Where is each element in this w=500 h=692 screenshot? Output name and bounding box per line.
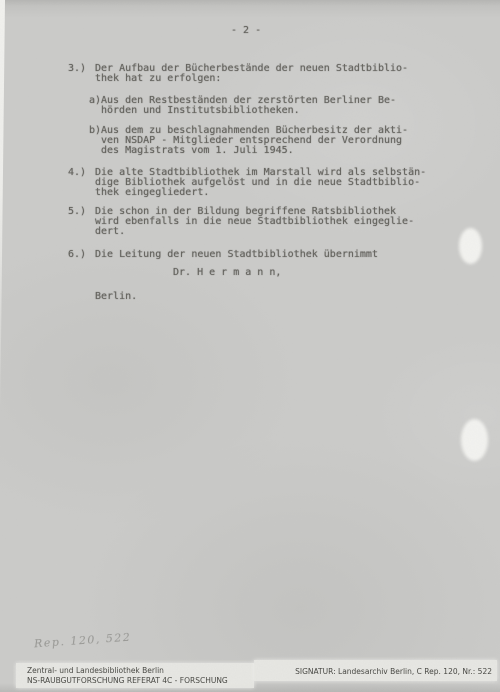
entry-text: Der Aufbau der Bücherbestände der neuen … <box>95 64 408 84</box>
entry-marker: 4.) <box>68 168 95 198</box>
signatur-stamp: SIGNATUR: Landesarchiv Berlin, C Rep. 12… <box>254 660 497 681</box>
punch-hole-bottom <box>461 419 488 461</box>
page-number: - 2 - <box>231 26 468 36</box>
list-entry-4: 4.) Die alte Stadtbibliothek im Marstall… <box>68 168 468 198</box>
punch-hole-top <box>459 228 482 264</box>
stamp-line: Zentral- und Landesbibliothek Berlin <box>27 666 254 676</box>
entry-marker: 3.) <box>68 64 95 84</box>
handwritten-archive-note: Rep. 120, 522 <box>34 631 132 651</box>
library-provenance-stamp: Zentral- und Landesbibliothek Berlin NS-… <box>16 663 254 688</box>
signature-place: Berlin. <box>95 292 468 302</box>
scanned-document-page: - 2 - 3.) Der Aufbau der Bücherbestände … <box>0 0 500 692</box>
signature-name: Dr. H e r m a n n, <box>173 268 468 278</box>
entry-marker: a) <box>89 96 101 116</box>
entry-text: Aus den Restbeständen der zerstörten Ber… <box>101 96 396 116</box>
list-entry-3a: a) Aus den Restbeständen der zerstörten … <box>89 96 468 116</box>
list-entry-3: 3.) Der Aufbau der Bücherbestände der ne… <box>68 64 468 84</box>
entry-text: Aus dem zu beschlagnahmenden Bücherbesit… <box>101 126 408 156</box>
typed-line: hörden und Institutsbibliotheken. <box>101 106 396 116</box>
entry-text: Die Leitung der neuen Stadtbibliothek üb… <box>95 250 378 260</box>
stamp-line: NS-RAUBGUTFORSCHUNG REFERAT 4C - FORSCHU… <box>27 676 254 686</box>
entry-marker: 5.) <box>68 207 95 237</box>
page-edge-highlight <box>0 0 5 430</box>
entry-marker: b) <box>89 126 101 156</box>
list-entry-3b: b) Aus dem zu beschlagnahmenden Bücherbe… <box>89 126 468 156</box>
typed-line: des Magistrats vom 1. Juli 1945. <box>101 146 408 156</box>
typed-line: Die Leitung der neuen Stadtbibliothek üb… <box>95 250 378 260</box>
entry-text: Die schon in der Bildung begriffene Rats… <box>95 207 414 237</box>
typed-line: dert. <box>95 227 414 237</box>
typed-line: thek hat zu erfolgen: <box>95 74 408 84</box>
list-entry-6: 6.) Die Leitung der neuen Stadtbibliothe… <box>68 250 468 260</box>
typed-line: wird ebenfalls in die neue Stadtbiblioth… <box>95 217 414 227</box>
entry-marker: 6.) <box>68 250 95 260</box>
typed-line: thek eingegliedert. <box>95 188 426 198</box>
list-entry-5: 5.) Die schon in der Bildung begriffene … <box>68 207 468 237</box>
typewritten-content: - 2 - 3.) Der Aufbau der Bücherbestände … <box>68 26 468 302</box>
entry-text: Die alte Stadtbibliothek im Marstall wir… <box>95 168 426 198</box>
